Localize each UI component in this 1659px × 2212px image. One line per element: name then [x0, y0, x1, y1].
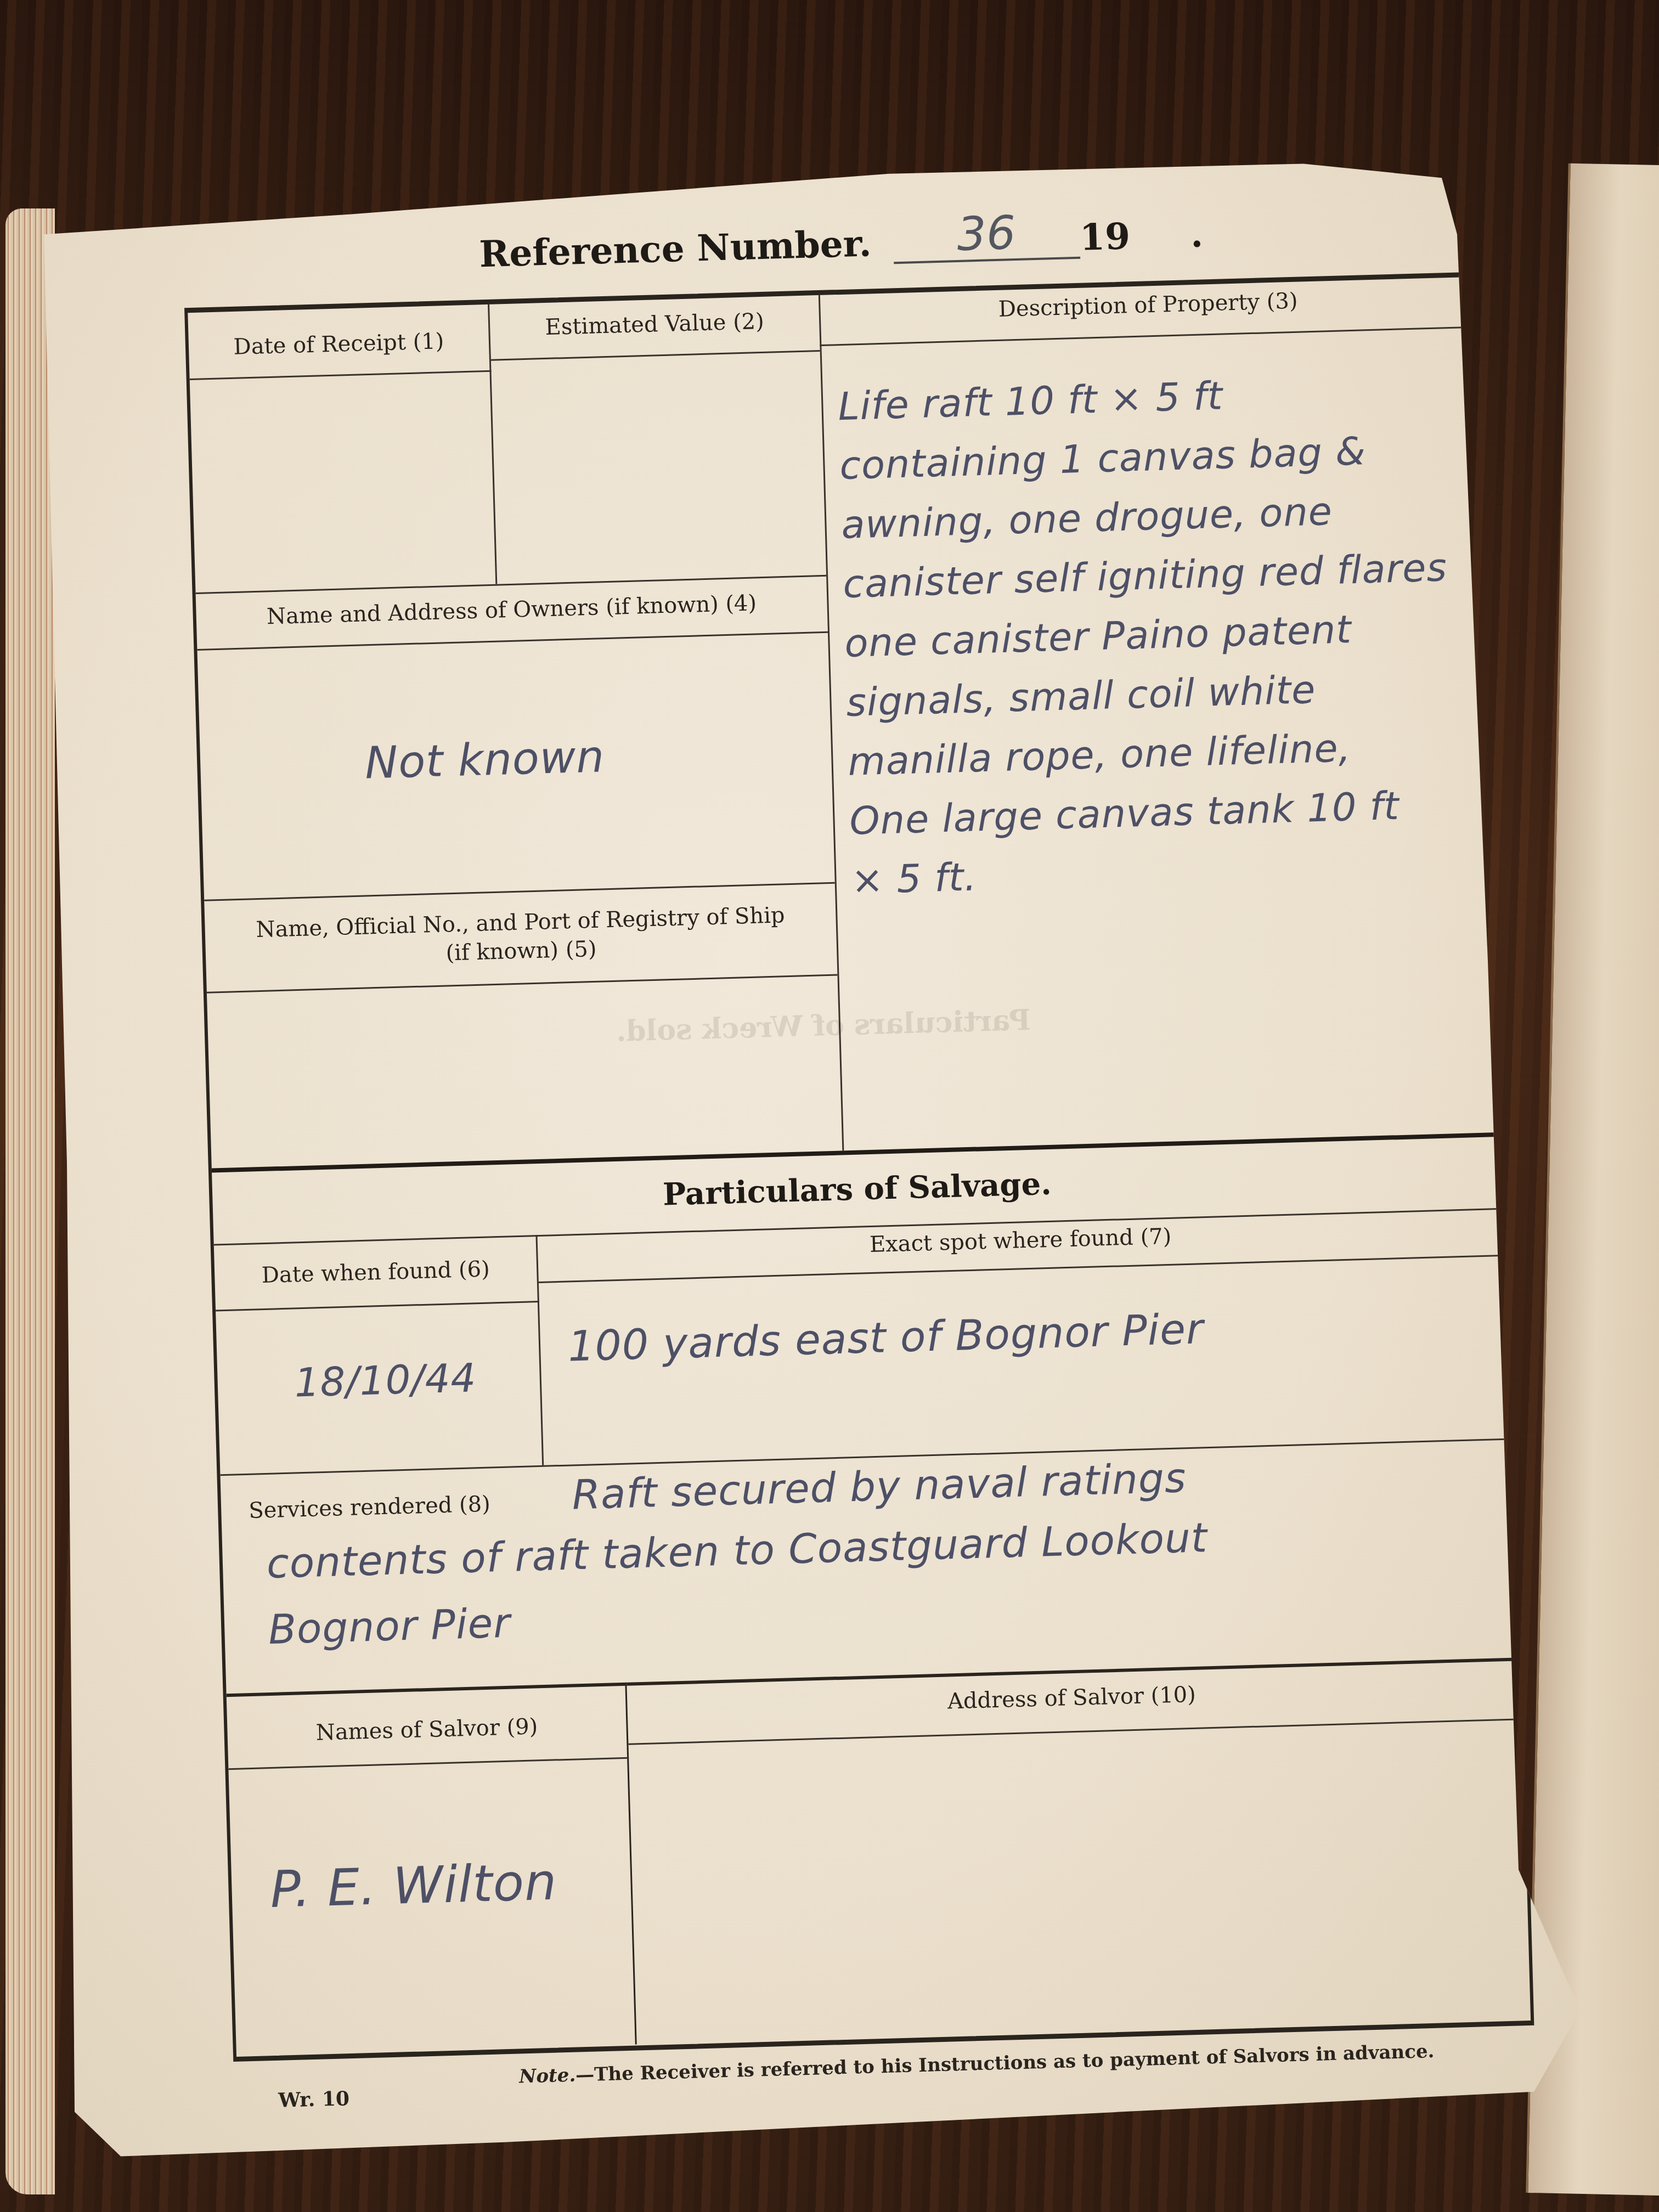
estimated-value-cell: Estimated Value (2): [489, 295, 826, 584]
header-rule: [628, 1719, 1516, 1745]
date-found-value: 18/10/44: [294, 1355, 477, 1406]
header-rule: [197, 631, 828, 651]
header-rule: [491, 350, 820, 361]
header-rule: [216, 1301, 539, 1311]
ship-cell: Name, Official No., and Port of Registry…: [204, 882, 842, 1169]
salvage-section: Particulars of Salvage. Date when found …: [212, 1132, 1525, 2051]
owners-label: Name and Address of Owners (if known) (4…: [196, 588, 827, 633]
owners-value: Not known: [364, 731, 605, 788]
date-of-receipt-label: Date of Receipt (1): [188, 326, 489, 362]
services-line: Bognor Pier: [268, 1600, 511, 1654]
estimated-value-label: Estimated Value (2): [490, 306, 820, 343]
reference-dot: .: [1190, 212, 1204, 256]
header-rule: [820, 326, 1478, 347]
reference-number-row: Reference Number. 36 19 .: [478, 202, 1204, 275]
date-found-cell: Date when found (6) 18/10/44: [214, 1235, 544, 1474]
exact-spot-value: 100 yards east of Bognor Pier: [567, 1304, 1204, 1370]
reference-year-prefix: 19: [1079, 215, 1131, 259]
header-rule: [228, 1757, 629, 1770]
header-rule: [190, 370, 492, 380]
note-prefix: Note.: [519, 2064, 576, 2088]
register-page: Particulars of Wreck sold. Reference Num…: [44, 154, 1580, 2172]
salvor-names-cell: Names of Salvor (9) P. E. Wilton: [227, 1683, 637, 2056]
date-found-label: Date when found (6): [215, 1254, 537, 1290]
salvor-names-label: Names of Salvor (9): [227, 1711, 627, 1749]
owners-cell: Name and Address of Owners (if known) (4…: [196, 575, 835, 900]
description-text: Life raft 10 ft × 5 ft containing 1 canv…: [837, 359, 1494, 910]
reference-number-label: Reference Number.: [478, 222, 872, 275]
exact-spot-cell: Exact spot where found (7) 100 yards eas…: [537, 1208, 1509, 1465]
header-rule: [207, 974, 838, 994]
salvor-address-label: Address of Salvor (10): [627, 1672, 1516, 1724]
form-code: Wr. 10: [278, 2087, 350, 2112]
services-line: contents of raft taken to Coastguard Loo…: [266, 1514, 1208, 1588]
services-cell: Services rendered (8) Raft secured by na…: [220, 1438, 1515, 1694]
salvor-address-cell: Address of Salvor (10): [627, 1658, 1525, 2045]
salvage-form: Date of Receipt (1) Estimated Value (2) …: [184, 272, 1534, 2062]
description-label: Description of Property (3): [819, 283, 1477, 328]
description-cell: Description of Property (3) Life raft 10…: [819, 277, 1500, 1151]
facing-page: [1526, 163, 1659, 2196]
page-stack-edge: [5, 208, 55, 2194]
date-of-receipt-cell: Date of Receipt (1): [188, 304, 497, 592]
services-line: Raft secured by naval ratings: [572, 1454, 1187, 1519]
reference-number-value: 36: [893, 206, 1081, 264]
salvor-names-value: P. E. Wilton: [269, 1853, 557, 1920]
services-label: Services rendered (8): [249, 1491, 491, 1525]
